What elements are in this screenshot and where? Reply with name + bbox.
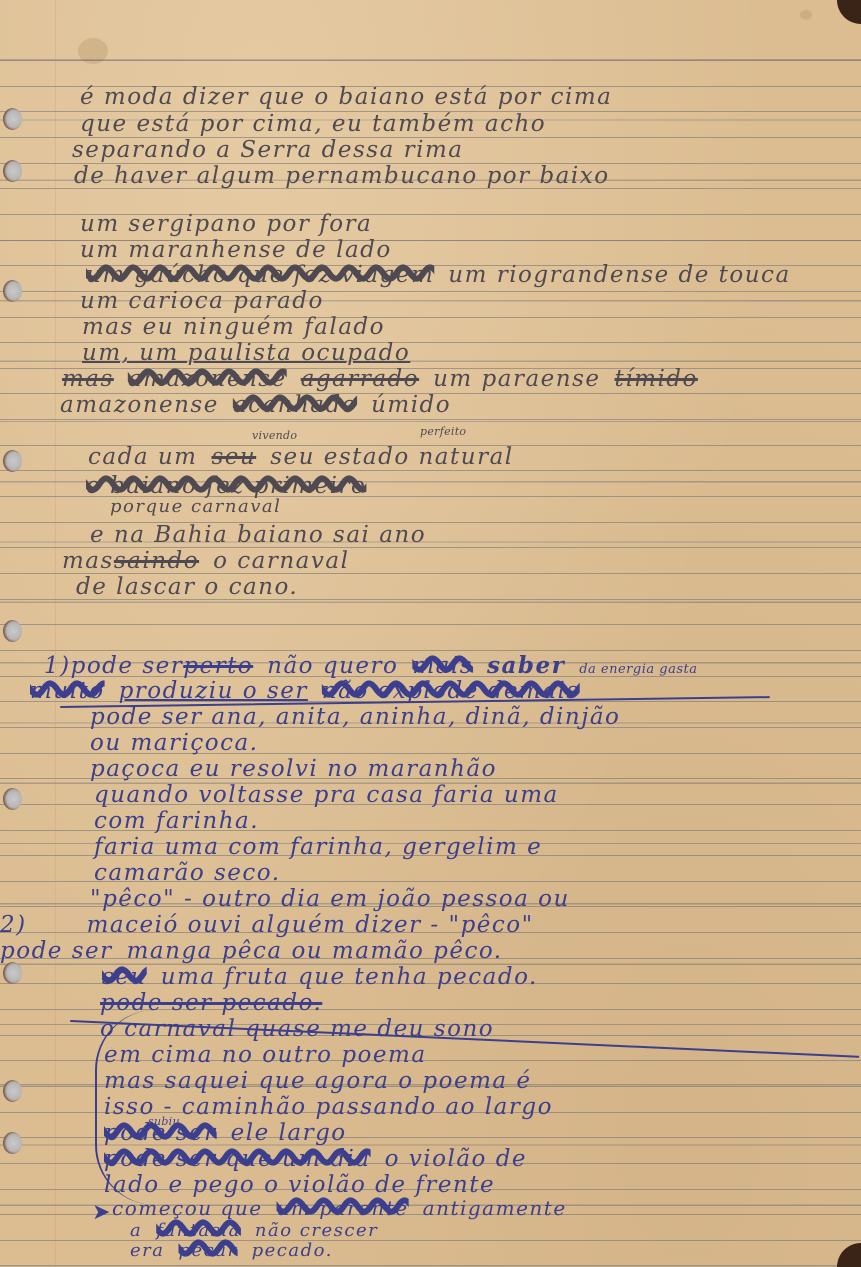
handwritten-line: massaindoo carnaval (62, 550, 349, 573)
handwritten-line: amazonenseacanhadoúmido (60, 394, 451, 417)
handwritten-line: quando voltasse pra casa faria uma (94, 784, 559, 807)
handwritten-line: um maranhense de lado (80, 239, 392, 262)
handwritten-line: cada umseuseu estado natural (88, 446, 514, 469)
handwritten-line: pode ser que um diao violão de (104, 1148, 527, 1171)
handwritten-line: paçoca eu resolvi no maranhão (90, 758, 497, 781)
handwritten-line: seuuma fruta que tenha pecado. (102, 966, 538, 989)
binder-hole (3, 108, 22, 130)
handwritten-line: de lascar o cano. (76, 576, 298, 599)
handwritten-line: um carioca parado (80, 290, 324, 313)
handwritten-line: mas eu ninguém falado (82, 316, 385, 339)
margin-line (55, 0, 56, 1267)
handwritten-line: um sergipano por fora (80, 213, 372, 236)
item-marker: 1) (44, 653, 71, 679)
binder-hole (3, 1080, 22, 1102)
handwritten-line: pode ser ana, anita, aninha, dinã, dinjã… (90, 706, 620, 729)
handwritten-line: masamazonenseagarradoum paraensetímido (62, 368, 698, 391)
handwritten-line: porque carnaval (110, 498, 281, 516)
binder-hole (3, 280, 22, 302)
binder-hole (3, 450, 22, 472)
handwritten-line: pode ser pecado. (100, 992, 322, 1015)
ruled-line (0, 624, 861, 625)
handwritten-line: 2)maceió ouvi alguém dizer - "pêco" (0, 914, 534, 937)
page-corner-bottom-right (837, 1243, 861, 1267)
notebook-page: é moda dizer que o baiano está por cima … (0, 0, 861, 1267)
binder-hole (3, 160, 22, 182)
handwritten-line: é moda dizer que o baiano está por cima (80, 86, 612, 109)
struck-text: um gaúcho que fez viagem (86, 264, 434, 287)
handwritten-line: camarão seco. (94, 862, 281, 885)
handwritten-line: 1)pode serpertonão queromaissaberda ener… (44, 654, 697, 678)
handwritten-line: afantasianão crescer (130, 1222, 378, 1240)
ruled-line (0, 419, 861, 420)
handwritten-line: "pêco" - outro dia em joão pessoa ou (90, 888, 570, 911)
handwritten-line: de haver algum pernambucano por baixo (74, 165, 610, 188)
handwritten-line: ou mariçoca. (90, 732, 258, 755)
paper-stain (800, 10, 812, 20)
handwritten-line: com farinha. (94, 810, 259, 833)
handwritten-line: pode sermanga pêca ou mamão pêco. (0, 940, 503, 963)
item-marker: 2) (0, 914, 27, 937)
handwritten-line: o baiano fez primeiro (86, 475, 366, 498)
ruled-line (0, 470, 861, 471)
binder-hole (3, 620, 22, 642)
handwritten-line: começou queum parenteantigamente (112, 1198, 567, 1218)
margin-note: pode ser (0, 940, 113, 963)
insertion-bracket (95, 1010, 157, 1205)
handwritten-line: um, um paulista ocupado (82, 342, 410, 365)
handwritten-line: erapecarpecado. (130, 1242, 333, 1260)
ruled-line (0, 650, 861, 651)
handwritten-line: e na Bahia baiano sai ano (90, 524, 426, 547)
handwritten-line: separando a Serra dessa rima (72, 139, 464, 162)
handwritten-line: mas saquei que agora o poema é (104, 1070, 532, 1093)
insertion-above: perfeito (420, 426, 466, 437)
handwritten-line: um gaúcho que fez viagemum riograndense … (86, 264, 791, 287)
paper-stain (78, 38, 108, 64)
binder-hole (3, 962, 22, 984)
binder-hole (3, 788, 22, 810)
insertion-above: vivendo (252, 430, 297, 441)
arrow-icon: ➤ (92, 1200, 110, 1225)
handwritten-line: faria uma com farinha, gergelim e (94, 836, 542, 859)
ruled-line (0, 60, 861, 61)
handwritten-line: que está por cima, eu também acho (80, 113, 546, 136)
page-corner-top-right (837, 0, 861, 24)
handwritten-line: lado e pego o violão de frente (104, 1174, 495, 1197)
binder-hole (3, 1132, 22, 1154)
